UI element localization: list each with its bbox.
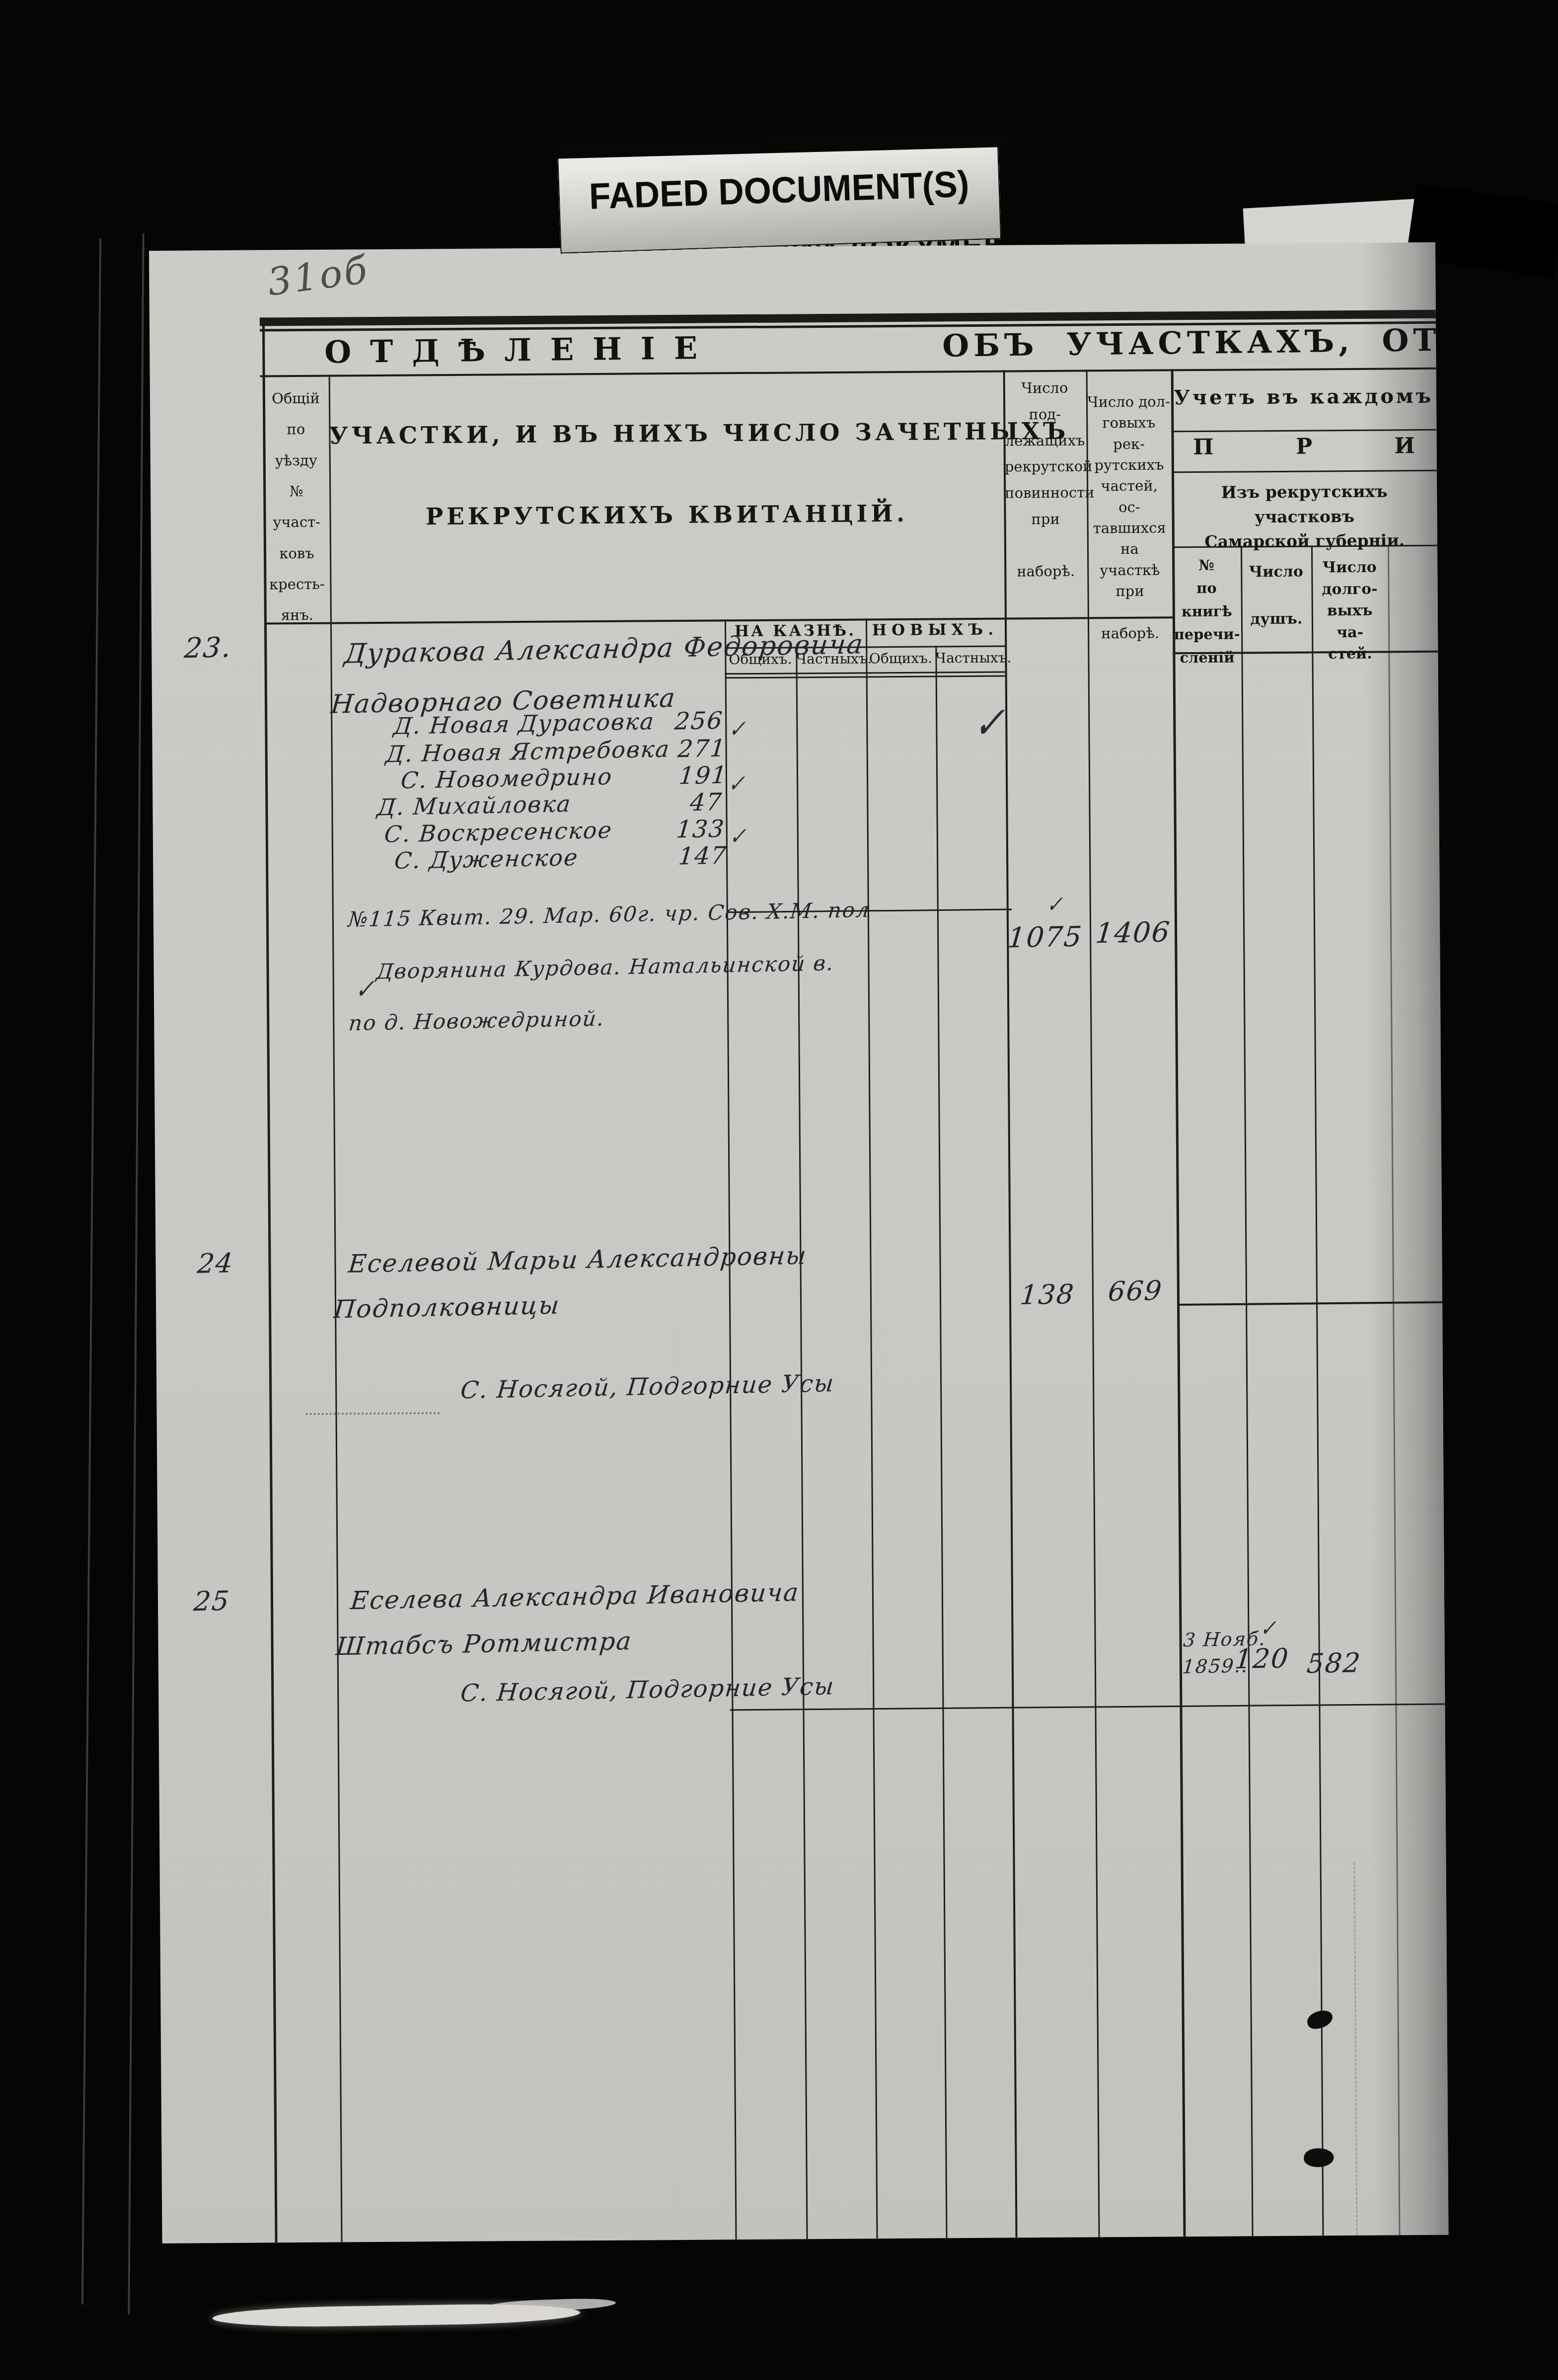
- tape-label-top: FADED DOCUMENT(S): [557, 136, 1001, 253]
- entry-23-village-name: С. Воскресенское: [383, 817, 613, 848]
- checkmark-icon: ✓: [972, 698, 1005, 748]
- entry-24-podlezhashchikh: 138: [999, 1278, 1096, 1311]
- entry-23-note-line3: по д. Новожедриной.: [348, 1006, 605, 1036]
- entry-23-village-name: С. Дуженское: [393, 844, 580, 874]
- col-line: [796, 647, 808, 2239]
- entry-23-dolgovykh: 1406: [1087, 916, 1179, 950]
- pencil-folio-number: 31об: [265, 247, 371, 304]
- ink-blot: [1303, 2147, 1335, 2169]
- checkmark-icon: ✓: [728, 770, 745, 797]
- checkmark-icon: ✓: [729, 822, 746, 850]
- col-header-podlezhashchikh: Число под- лежащихъ рекрутской повинност…: [1004, 375, 1087, 585]
- entry-23-village-name: Д. Новая Ястребовка: [384, 736, 671, 768]
- col-line: [935, 646, 947, 2238]
- entry-25-rule: [730, 1704, 1445, 1711]
- entry-25-owner-line1: Еселева Александра Ивановича: [350, 1578, 801, 1615]
- col-line: [866, 618, 878, 2238]
- col-header-dushi: Число душъ.: [1242, 560, 1311, 631]
- entry-25-village: С. Носягой, Подгорние Усы: [459, 1672, 836, 1707]
- checkmark-icon: ✓: [728, 715, 746, 743]
- sheet-edge-line: [81, 238, 101, 2305]
- entry-23-podlezhashchikh: 1075: [996, 920, 1094, 955]
- entry-23-number: 23.: [183, 631, 233, 665]
- table-title-right: ОБЪ УЧАСТКАХЪ, ОТПРАВ: [942, 320, 1449, 364]
- col-header-uchastki-line1: УЧАСТКИ, И ВЪ НИХЪ ЧИСЛО ЗАЧЕТНЫХЪ: [329, 418, 1003, 450]
- entry-23-note-line2: Дворянина Курдова. Натальинской в.: [375, 951, 835, 983]
- subheader-novykh: НОВЫХЪ.: [866, 621, 1005, 640]
- entry-25-owner-line2: Штабсъ Ротмистра: [335, 1627, 633, 1661]
- entry-23-village-qty: 147: [677, 842, 728, 871]
- subcol-underline2: [725, 675, 1005, 679]
- uchet-header: Учетъ въ каждомъ: [1171, 384, 1436, 410]
- entry-23-note-line1: №115 Квит. 29. Мар. 60г. чр. Сов. Х.М. п…: [347, 897, 871, 932]
- col-line: [1241, 546, 1254, 2236]
- checkmark-icon: ✓: [1260, 1616, 1276, 1641]
- archival-scan-photo: ПОБЛЕКШИЙ ДОКУМЕНТ 31об: [0, 0, 1558, 2380]
- col-header-dolg-chastej: Число долго- выхъ ча- стей.: [1312, 556, 1387, 665]
- entry-23-village-name: С. Новомедрино: [400, 763, 614, 794]
- entry-23-village-name: Д. Новая Дурасовка: [392, 708, 656, 740]
- entry-25-dolg-chastej: 582: [1295, 1647, 1372, 1680]
- tape-label-top-text: FADED DOCUMENT(S): [567, 162, 991, 218]
- subheader-obshchikh-2: Общихъ.: [866, 650, 935, 667]
- col-header-obshchij: Общій по уѣзду № участ- ковъ кресть- янъ…: [264, 383, 329, 631]
- entry-25-dushi: 120: [1226, 1642, 1298, 1675]
- col-line: [1311, 545, 1324, 2235]
- entry-24-owner-line2: Подполковницы: [333, 1291, 561, 1324]
- entry-25-number: 25: [192, 1585, 231, 1617]
- entry-23-village-qty: 256: [673, 707, 724, 736]
- header-bottom-line: [264, 616, 1174, 624]
- uchet-pri: П Р И: [1172, 433, 1437, 460]
- col-line: [725, 619, 737, 2239]
- col-header-kniga: № по книгѣ перечи- сленій: [1173, 553, 1241, 669]
- entry-23-village-qty: 47: [689, 788, 724, 817]
- col-header-dolgovykh: Число дол- говыхъ рек- рутскихъ частей, …: [1087, 391, 1172, 644]
- entry-24-owner-line1: Еселевой Марьи Александровны: [347, 1241, 808, 1279]
- subheader-chastnykh-2: Частныхъ.: [935, 650, 1005, 667]
- subcol-underline: [725, 671, 1005, 675]
- sheet-edge-line: [128, 233, 144, 2314]
- checkmark-icon: ✓: [354, 974, 374, 1005]
- faint-dotted-line: [306, 1412, 440, 1415]
- table-title-left: ОТДѢЛЕНІЕ: [324, 330, 717, 371]
- entry-23-village-qty: 133: [675, 815, 726, 844]
- light-streak: [487, 2297, 616, 2312]
- entry-23-village-qty: 271: [676, 735, 727, 763]
- entry-24-village: С. Носягой, Подгорние Усы: [459, 1369, 836, 1404]
- uchet-subtitle: Изъ рекрутскихъ участковъ Самарской губе…: [1172, 479, 1437, 554]
- entry-24-dolgovykh: 669: [1089, 1274, 1181, 1308]
- entry-23-village-name: Д. Михайловка: [376, 790, 573, 820]
- entry-24-number: 24: [196, 1247, 235, 1279]
- document-page: 31об ОТДѢЛЕНІЕ ОБЪ УЧАСТКАХЪ, ОТПРАВ Общ…: [149, 242, 1449, 2243]
- col-header-uchastki-line2: РЕКРУТСКИХЪ КВИТАНЦІЙ.: [329, 500, 1004, 531]
- checkmark-icon: ✓: [1046, 892, 1063, 918]
- page-fold-line: [1354, 1862, 1358, 2235]
- ink-blot: [1306, 2008, 1335, 2030]
- entry-23-village-qty: 191: [678, 761, 729, 790]
